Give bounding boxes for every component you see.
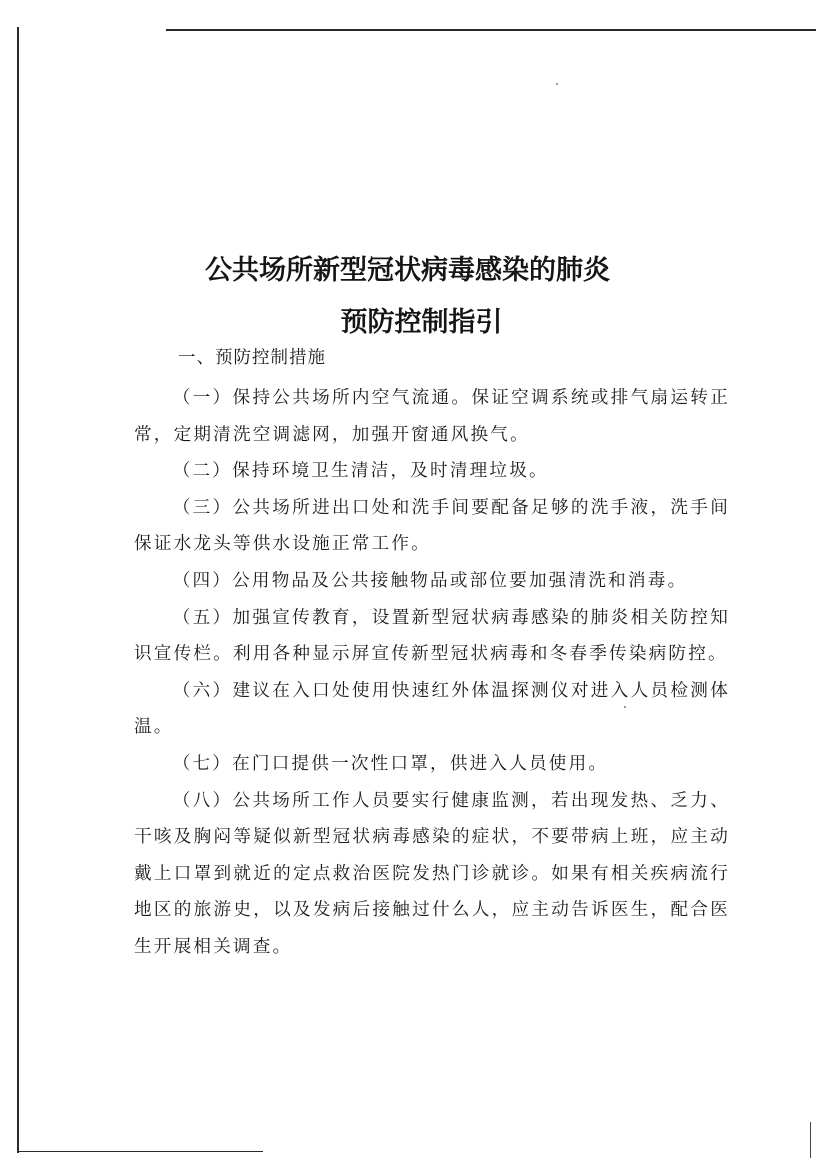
- section-heading: 一、预防控制措施: [178, 344, 326, 369]
- paragraph-2: （二）保持环境卫生清洁，及时清理垃圾。: [134, 453, 730, 490]
- paragraph-4: （四）公用物品及公共接触物品或部位要加强清洗和消毒。: [134, 563, 730, 600]
- document-title-line-1: 公共场所新型冠状病毒感染的肺炎: [0, 248, 821, 287]
- bottom-rule-line: [17, 1151, 263, 1152]
- paragraph-7: （七）在门口提供一次性口罩，供进入人员使用。: [134, 746, 730, 783]
- left-border-line: [17, 27, 19, 1153]
- right-edge-mark: [810, 1122, 811, 1158]
- body-text: （一）保持公共场所内空气流通。保证空调系统或排气扇运转正常，定期清洗空调滤网，加…: [134, 380, 730, 966]
- scan-speck: [556, 83, 558, 85]
- paragraph-5: （五）加强宣传教育，设置新型冠状病毒感染的肺炎相关防控知识宣传栏。利用各种显示屏…: [134, 600, 730, 673]
- paragraph-8: （八）公共场所工作人员要实行健康监测，若出现发热、乏力、干咳及胸闷等疑似新型冠状…: [134, 783, 730, 966]
- paragraph-3: （三）公共场所进出口处和洗手间要配备足够的洗手液，洗手间保证水龙头等供水设施正常…: [134, 490, 730, 563]
- paragraph-6: （六）建议在入口处使用快速红外体温探测仪对进入人员检测体温。: [134, 673, 730, 746]
- document-title-line-2: 预防控制指引: [8, 300, 827, 339]
- paragraph-1: （一）保持公共场所内空气流通。保证空调系统或排气扇运转正常，定期清洗空调滤网，加…: [134, 380, 730, 453]
- top-rule-line: [166, 29, 816, 31]
